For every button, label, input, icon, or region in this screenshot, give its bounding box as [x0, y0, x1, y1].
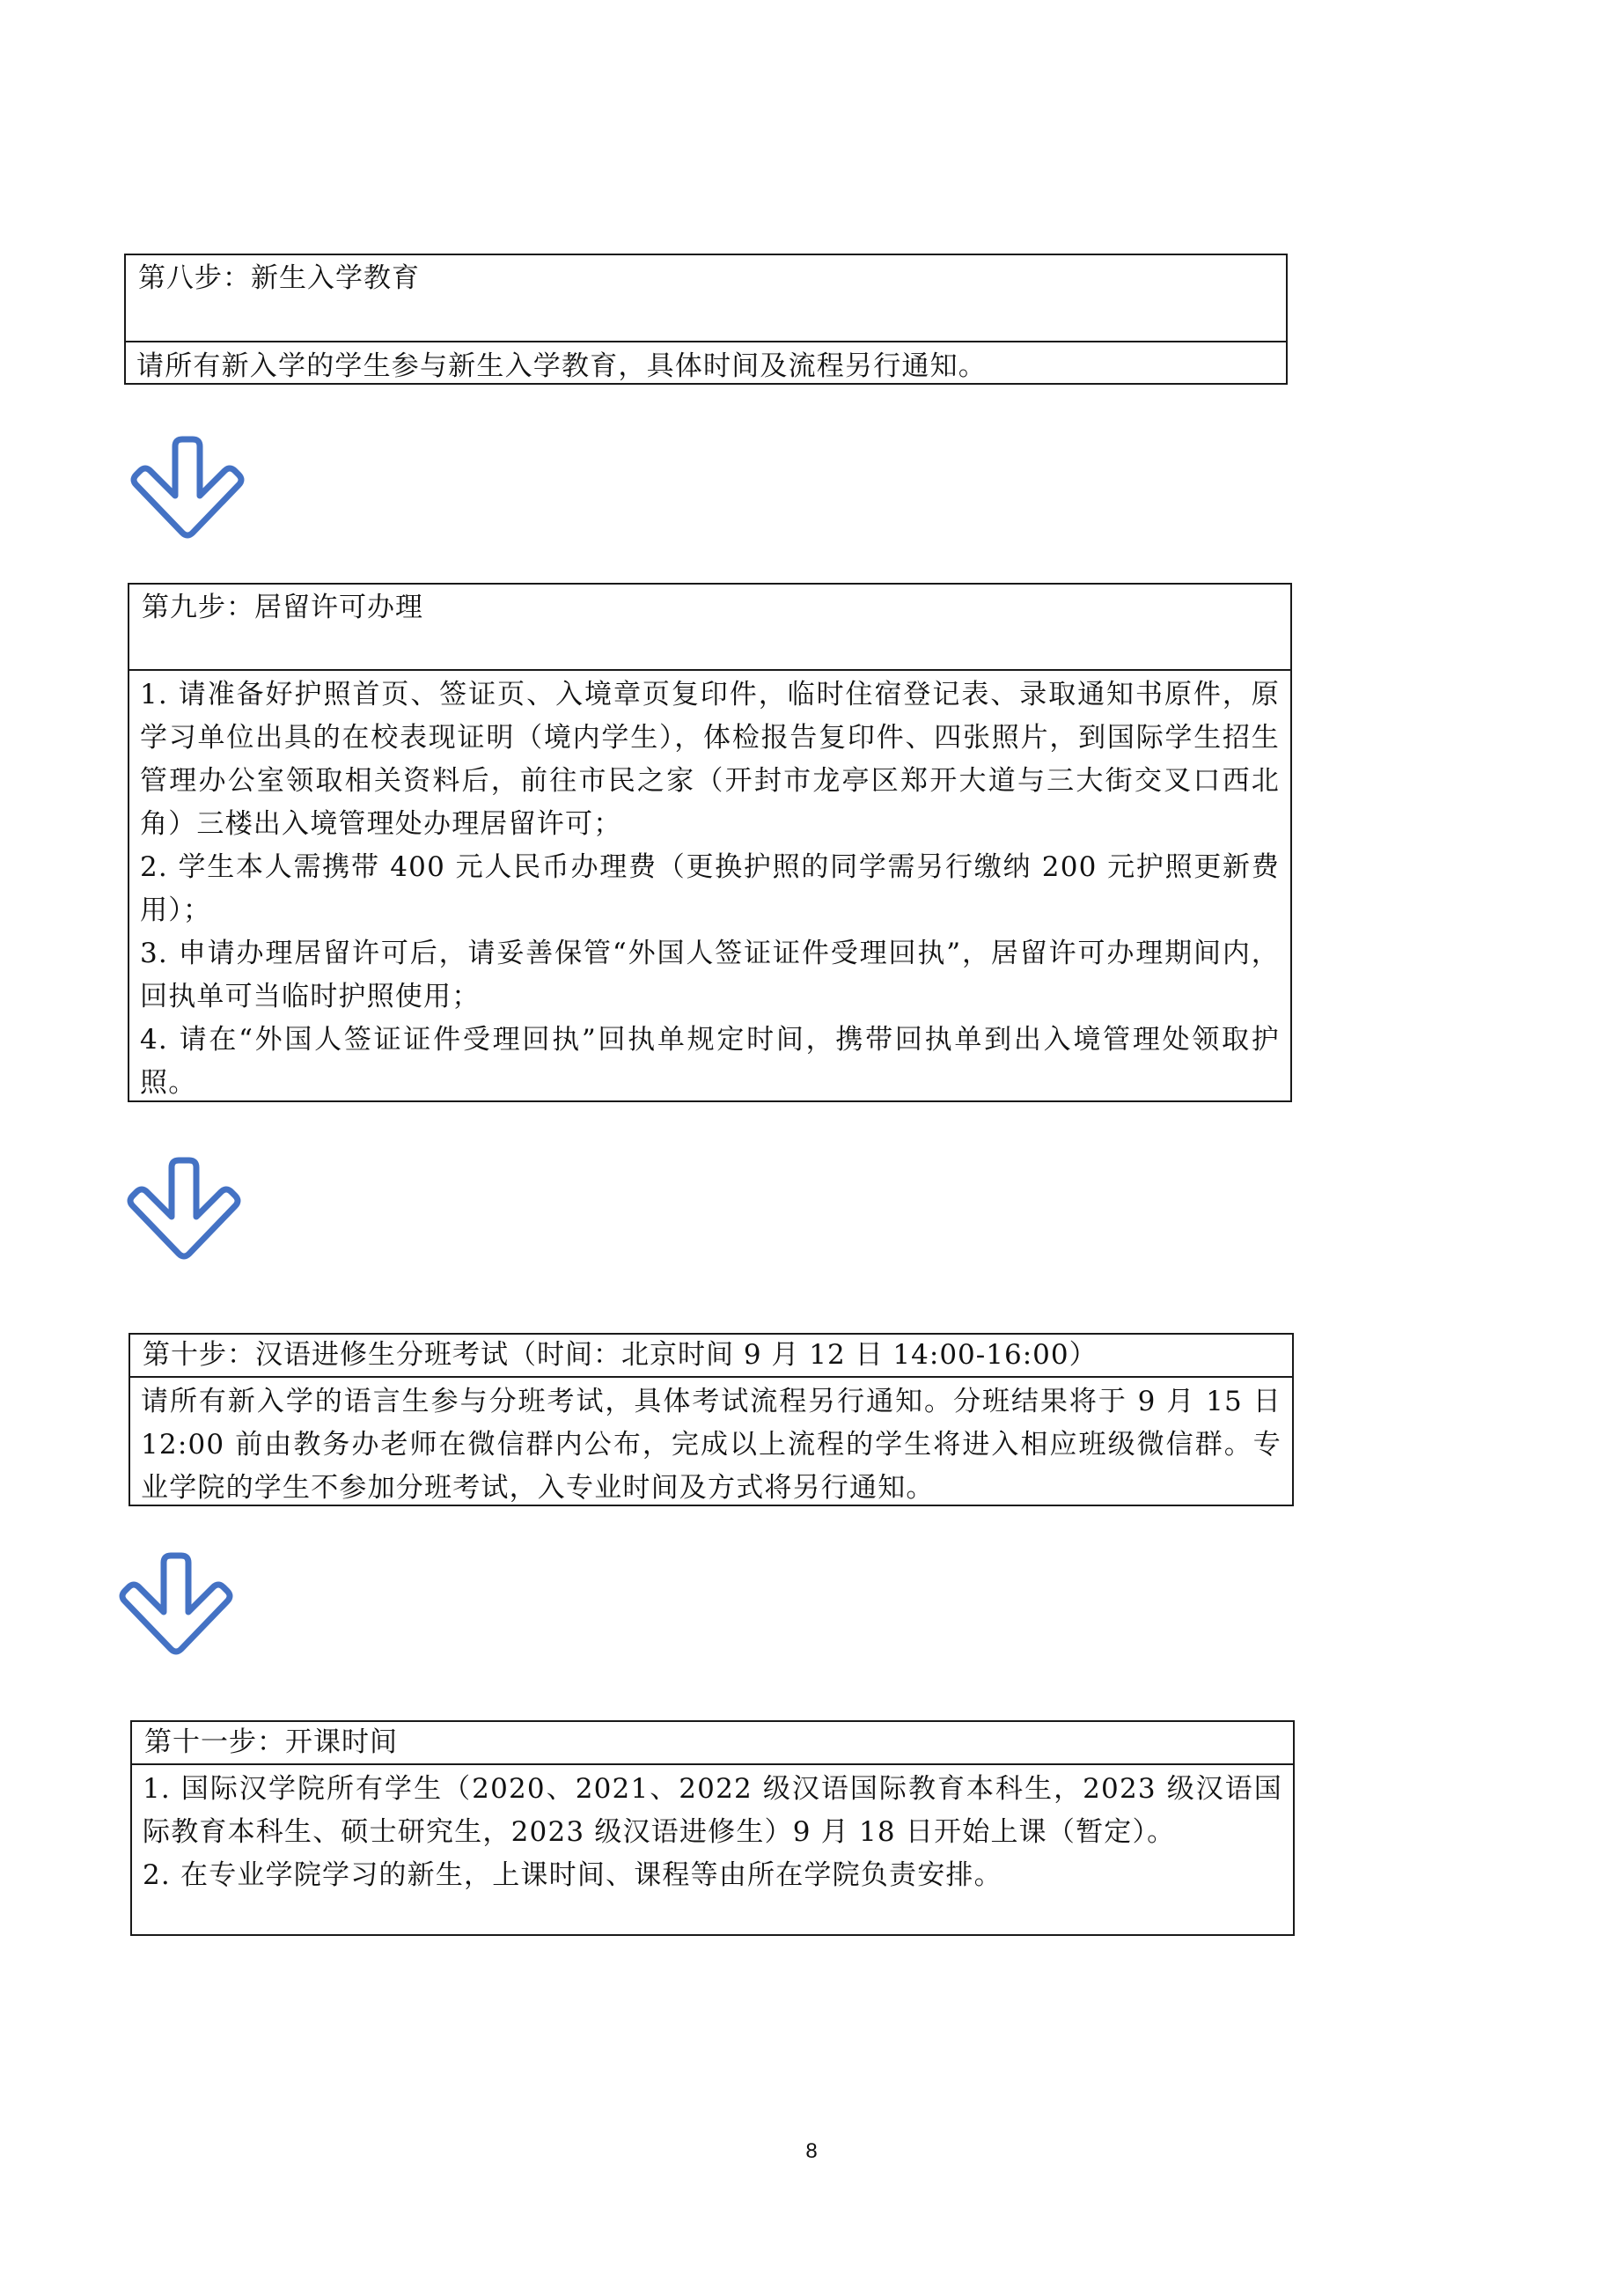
step-11-paragraph-1: 1. 国际汉学院所有学生（2020、2021、2022 级汉语国际教育本科生，2… [143, 1768, 1282, 1854]
step-8-paragraph-1: 请所有新入学的学生参与新生入学教育，具体时间及流程另行通知。 [136, 345, 1275, 388]
step-10-paragraph-1: 请所有新入学的语言生参与分班考试，具体考试流程另行通知。分班结果将于 9 月 1… [141, 1380, 1282, 1510]
step-9-body: 1. 请准备好护照首页、签证页、入境章页复印件，临时住宿登记表、录取通知书原件，… [129, 671, 1290, 1105]
step-8-body: 请所有新入学的学生参与新生入学教育，具体时间及流程另行通知。 [126, 342, 1286, 388]
step-9-paragraph-1: 1. 请准备好护照首页、签证页、入境章页复印件，临时住宿登记表、录取通知书原件，… [140, 673, 1280, 846]
down-arrow-icon [129, 434, 246, 547]
step-9-paragraph-2: 2. 学生本人需携带 400 元人民币办理费（更换护照的同学需另行缴纳 200 … [140, 846, 1280, 932]
step-9-title: 第九步：居留许可办理 [129, 585, 1290, 671]
step-10-title: 第十步：汉语进修生分班考试（时间：北京时间 9 月 12 日 14:00-16:… [130, 1335, 1292, 1378]
down-arrow-icon [118, 1550, 234, 1663]
step-9-paragraph-3: 3. 申请办理居留许可后，请妥善保管“外国人签证证件受理回执”，居留许可办理期间… [140, 932, 1280, 1019]
step-9-paragraph-4: 4. 请在“外国人签证证件受理回执”回执单规定时间，携带回执单到出入境管理处领取… [140, 1019, 1280, 1105]
down-arrow-icon [126, 1155, 242, 1268]
step-10-box: 第十步：汉语进修生分班考试（时间：北京时间 9 月 12 日 14:00-16:… [129, 1333, 1294, 1506]
step-11-box: 第十一步：开课时间 1. 国际汉学院所有学生（2020、2021、2022 级汉… [130, 1720, 1295, 1936]
step-9-box: 第九步：居留许可办理 1. 请准备好护照首页、签证页、入境章页复印件，临时住宿登… [128, 583, 1292, 1102]
step-8-title: 第八步：新生入学教育 [126, 255, 1286, 342]
step-11-paragraph-2: 2. 在专业学院学习的新生，上课时间、课程等由所在学院负责安排。 [143, 1854, 1282, 1897]
step-11-title: 第十一步：开课时间 [132, 1722, 1293, 1765]
step-8-box: 第八步：新生入学教育 请所有新入学的学生参与新生入学教育，具体时间及流程另行通知… [124, 254, 1288, 385]
step-10-body: 请所有新入学的语言生参与分班考试，具体考试流程另行通知。分班结果将于 9 月 1… [130, 1378, 1292, 1510]
step-11-body: 1. 国际汉学院所有学生（2020、2021、2022 级汉语国际教育本科生，2… [132, 1765, 1293, 1897]
page-number: 8 [0, 2139, 1623, 2164]
